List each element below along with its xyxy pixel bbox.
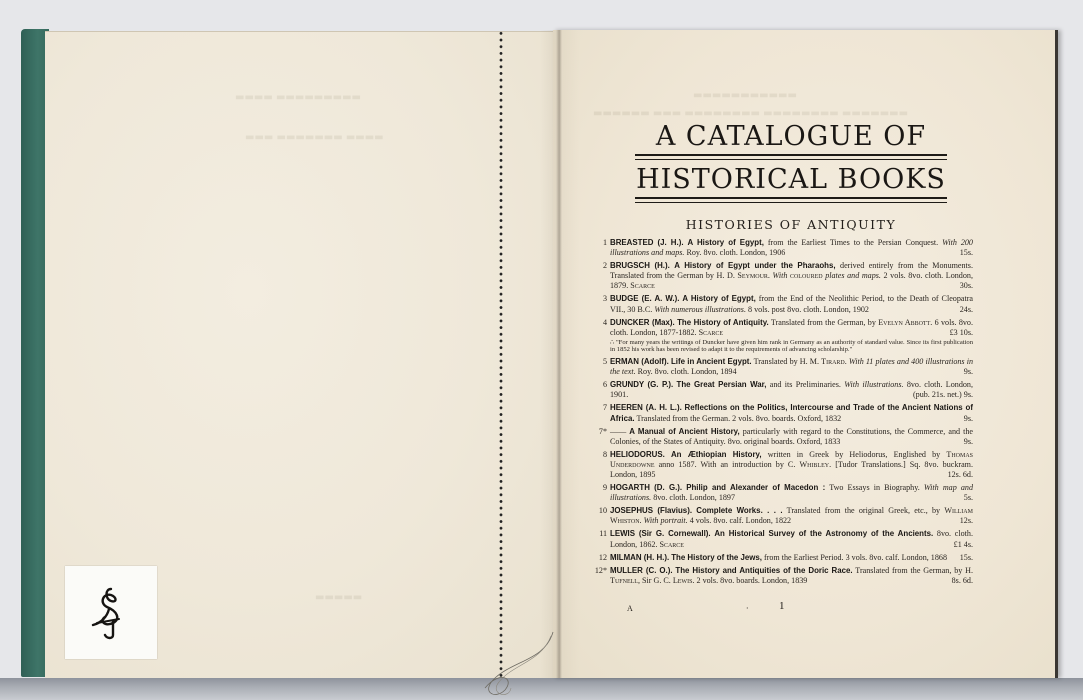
entry-translator: Evelyn Abbott.	[878, 318, 932, 327]
catalogue-entry: 5 ERMAN (Adolf). Life in Ancient Egypt. …	[598, 357, 973, 377]
catalogue-entry: 4 DUNCKER (Max). The History of Antiquit…	[598, 318, 973, 354]
entry-status: Scarce	[659, 540, 684, 549]
entry-status: Scarce	[630, 281, 655, 290]
entry-author: MULLER (C. O.).	[610, 566, 673, 575]
entry-number: 4	[598, 318, 609, 328]
show-through-text: ▬▬▬ ▬▬▬▬▬▬▬ ▬▬▬▬	[245, 132, 384, 143]
bookplate	[65, 566, 157, 659]
binding-stitches	[499, 30, 503, 678]
entry-author: BREASTED (J. H.).	[610, 238, 684, 247]
entry-details: 4 vols. 8vo. calf. London, 1822	[690, 516, 791, 525]
entry-title: The History of the Jews,	[671, 553, 762, 562]
entry-price: 9s.	[964, 367, 973, 377]
entry-title: A Manual of Ancient History,	[629, 427, 739, 436]
entry-price: 15s.	[960, 248, 973, 258]
entry-author: BRUGSCH (H.).	[610, 261, 670, 270]
entry-text: written in Greek by Heliodorus, Englishe…	[768, 450, 941, 459]
entry-translator: Seymour.	[737, 271, 770, 280]
entry-number: 12	[592, 553, 609, 563]
entry-price: 15s.	[960, 553, 973, 563]
catalogue-entries: 1 BREASTED (J. H.). A History of Egypt, …	[598, 238, 973, 589]
entry-text: from the Earliest Times to the Persian C…	[768, 238, 938, 247]
entry-number: 7	[598, 403, 609, 413]
entry-details: 8vo. original boards. Oxford, 1833	[728, 437, 841, 446]
entry-number: 6	[598, 380, 609, 390]
show-through-text: ▬▬▬▬ ▬▬▬▬▬▬▬▬▬	[235, 92, 361, 103]
entry-details: 8 vols. post 8vo. cloth. London, 1902	[748, 305, 869, 314]
entry-text: Translated from the German.	[636, 414, 730, 423]
title-rule	[635, 154, 947, 160]
catalogue-entry: 12* MULLER (C. O.). The History and Anti…	[598, 566, 973, 586]
entry-title: A History of Egypt under the Pharaohs,	[674, 261, 835, 270]
entry-author: LEWIS (Sir G. Cornewall).	[610, 529, 711, 538]
entry-title: Life in Ancient Egypt.	[671, 357, 752, 366]
entry-number: 9	[598, 483, 609, 493]
entry-text: from the Earliest Period.	[764, 553, 844, 562]
entry-number: 7*	[592, 427, 609, 437]
entry-italic: With portrait.	[644, 516, 688, 525]
catalogue-entry: 3 BUDGE (E. A. W.). A History of Egypt, …	[598, 294, 973, 314]
entry-number: 2	[598, 261, 609, 271]
entry-translator: Tirard.	[821, 357, 847, 366]
entry-price: 12s.	[960, 516, 973, 526]
entry-author: ERMAN (Adolf).	[610, 357, 669, 366]
catalogue-entry: 6 GRUNDY (G. P.). The Great Persian War,…	[598, 380, 973, 400]
entry-author: GRUNDY (G. P.).	[610, 380, 673, 389]
entry-details: 3 vols. 8vo. calf. London, 1868	[846, 553, 947, 562]
entry-price: 9s.	[964, 414, 973, 424]
entry-text: Translated from the German, by H.	[855, 566, 973, 575]
entry-editor: Whibley.	[799, 460, 831, 469]
entry-italic: plates and maps.	[825, 271, 881, 280]
catalogue-entry: 12 MILMAN (H. H.). The History of the Je…	[598, 553, 973, 563]
title-line-2: HISTORICAL BOOKS	[596, 163, 986, 197]
entry-details: 2 vols. 8vo. boards. London, 1839	[697, 576, 808, 585]
title-line-1: A CATALOGUE OF	[596, 120, 986, 154]
entry-author: JOSEPHUS (Flavius).	[610, 506, 692, 515]
loose-thread-icon	[475, 630, 565, 700]
entry-author: HELIODORUS.	[610, 450, 665, 459]
monogram-SL-icon	[89, 585, 133, 641]
entry-text: Sir G. C.	[642, 576, 671, 585]
entry-translator: Lewis.	[673, 576, 695, 585]
entry-price: £3 10s.	[950, 328, 973, 338]
entry-price: 24s.	[960, 305, 973, 315]
entry-translator: Tufnell,	[610, 576, 640, 585]
catalogue-entry: 7* —— A Manual of Ancient History, parti…	[598, 427, 973, 447]
title-rule	[635, 197, 947, 203]
entry-title: An Æthiopian History,	[671, 450, 762, 459]
show-through-text: ▬▬▬▬▬▬ ▬▬▬ ▬▬▬▬▬▬▬▬ ▬▬▬▬▬▬▬▬ ▬▬▬▬▬▬▬	[593, 108, 908, 119]
entry-title: A History of Egypt,	[687, 238, 763, 247]
section-heading: HISTORIES OF ANTIQUITY	[596, 217, 986, 232]
entry-note: ∴ "For many years the writings of Duncke…	[610, 339, 973, 354]
entry-price: 8s. 6d.	[952, 576, 973, 586]
catalogue-entry: 1 BREASTED (J. H.). A History of Egypt, …	[598, 238, 973, 258]
entry-title: Philip and Alexander of Macedon :	[686, 483, 825, 492]
show-through-text: ▬▬▬▬▬▬▬▬▬▬▬	[693, 90, 797, 101]
book-gutter	[540, 30, 580, 678]
entry-title: Complete Works. . . .	[696, 506, 782, 515]
entry-details: 8vo. cloth. London, 1897	[653, 493, 735, 502]
entry-italic: With illustrations.	[844, 380, 903, 389]
entry-details: Roy. 8vo. cloth. London, 1906	[686, 248, 785, 257]
entry-author: ——	[610, 427, 626, 436]
signature-mark: A	[627, 604, 633, 613]
entry-italic: With numerous illustrations.	[654, 305, 746, 314]
catalogue-heading: A CATALOGUE OF HISTORICAL BOOKS HISTORIE…	[596, 120, 986, 232]
entry-title: The History of Antiquity.	[677, 318, 769, 327]
show-through-text: ▬▬▬▬▬	[315, 592, 362, 603]
entry-number: 8	[598, 450, 609, 460]
entry-text: Two Essays in Biography.	[829, 483, 920, 492]
entry-text: and its Preliminaries.	[770, 380, 841, 389]
entry-text: Translated from the German, by	[771, 318, 876, 327]
entry-price: 30s.	[960, 281, 973, 291]
entry-text: Translated from the original Greek, etc.…	[787, 506, 940, 515]
entry-italic: With	[773, 271, 788, 280]
page-number: 1	[779, 600, 785, 612]
entry-price: £1 4s.	[954, 540, 973, 550]
entry-title: The Great Persian War,	[677, 380, 767, 389]
catalogue-entry: 9 HOGARTH (D. G.). Philip and Alexander …	[598, 483, 973, 503]
entry-price: 5s.	[964, 493, 973, 503]
entry-number: 11	[592, 529, 609, 539]
entry-number: 1	[598, 238, 609, 248]
entry-price: 12s. 6d.	[948, 470, 973, 480]
entry-title: An Historical Survey of the Astronomy of…	[714, 529, 933, 538]
catalogue-entry: 8 HELIODORUS. An Æthiopian History, writ…	[598, 450, 973, 480]
entry-smallcaps: coloured	[790, 271, 823, 280]
entry-title: The History and Antiquities of the Doric…	[675, 566, 852, 575]
entry-title: A History of Egypt,	[682, 294, 755, 303]
catalogue-entry: 7 HEEREN (A. H. L.). Reflections on the …	[598, 403, 973, 423]
entry-number: 5	[598, 357, 609, 367]
entry-details: 2 vols. 8vo. boards. Oxford, 1832	[732, 414, 841, 423]
entry-author: DUNCKER (Max).	[610, 318, 675, 327]
entry-author: HEEREN (A. H. L.).	[610, 403, 682, 412]
entry-details: Roy. 8vo. cloth. London, 1894	[638, 367, 737, 376]
catalogue-entry: 2 BRUGSCH (H.). A History of Egypt under…	[598, 261, 973, 291]
entry-number: 10	[592, 506, 609, 516]
catalogue-entry: 11 LEWIS (Sir G. Cornewall). An Historic…	[598, 529, 973, 549]
entry-text: anno 1587. With an introduction by C.	[659, 460, 796, 469]
entry-author: HOGARTH (D. G.).	[610, 483, 682, 492]
entry-author: BUDGE (E. A. W.).	[610, 294, 679, 303]
entry-author: MILMAN (H. H.).	[610, 553, 669, 562]
entry-price: (pub. 21s. net.) 9s.	[913, 390, 973, 400]
entry-price: 9s.	[964, 437, 973, 447]
entry-number: 12*	[592, 566, 609, 576]
catalogue-entry: 10 JOSEPHUS (Flavius). Complete Works. .…	[598, 506, 973, 526]
entry-text: Translated by H. M.	[754, 357, 819, 366]
footer-dot: ·	[746, 604, 749, 613]
entry-number: 3	[598, 294, 609, 304]
entry-status: Scarce	[699, 328, 724, 337]
